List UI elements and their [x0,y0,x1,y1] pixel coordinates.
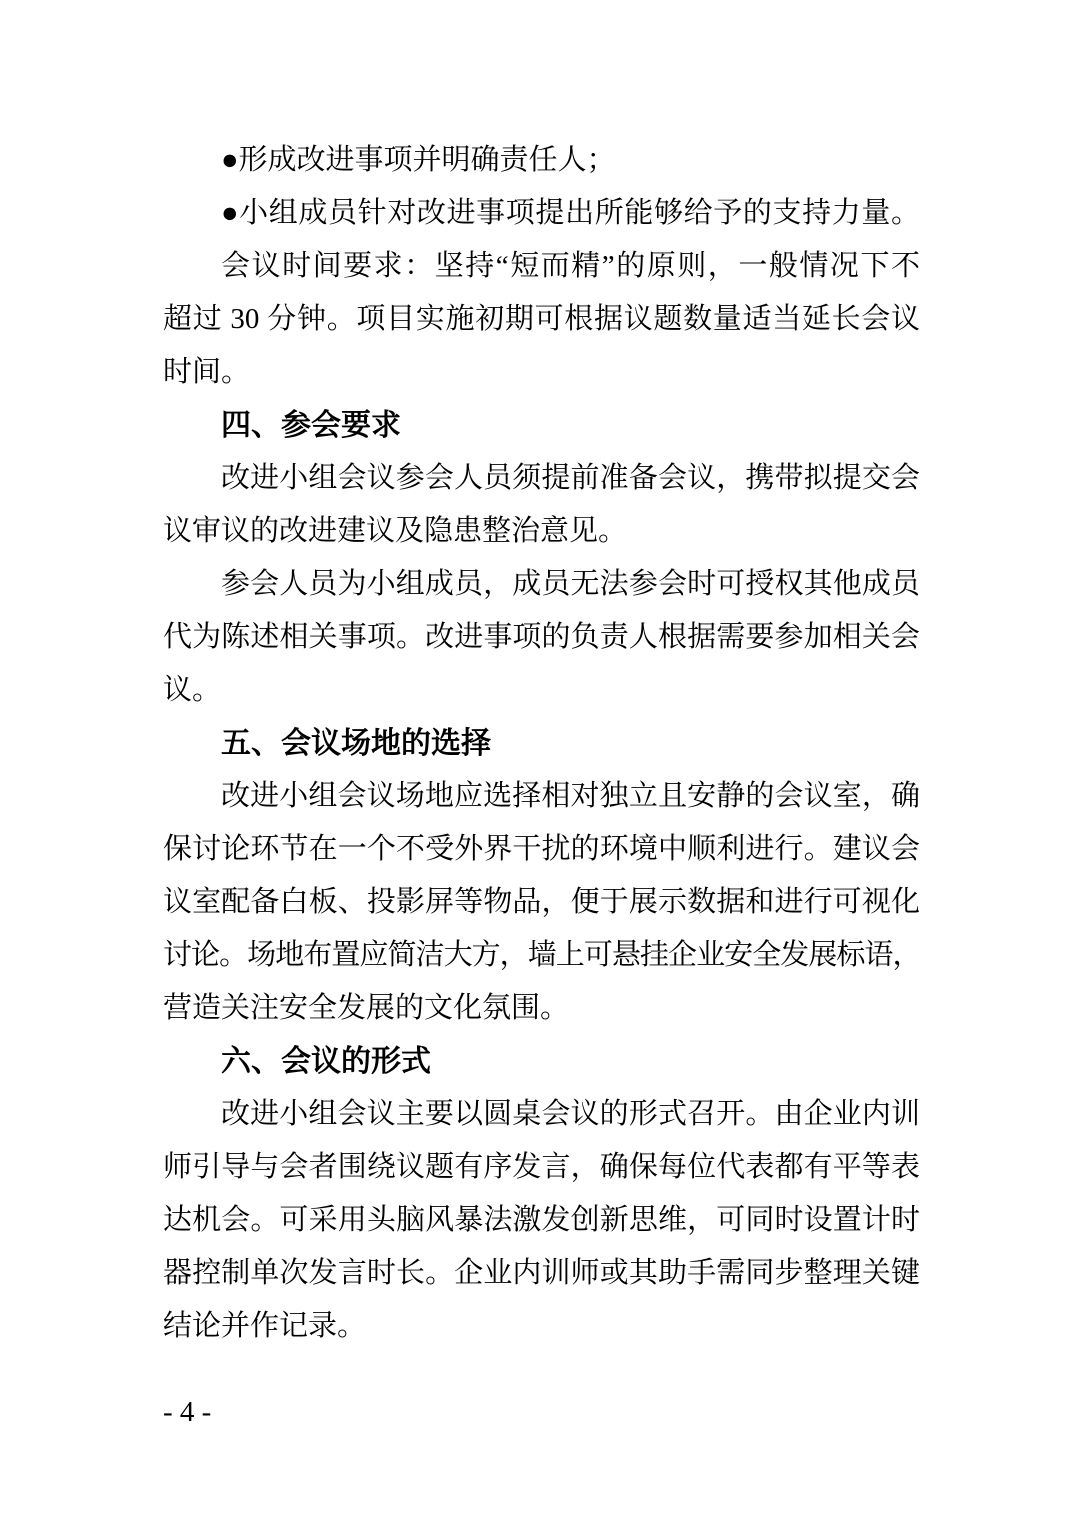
body-line: 参会人员为小组成员，成员无法参会时可授权其他成员 [163,558,920,611]
body-line: 代为陈述相关事项。改进事项的负责人根据需要参加相关会 [163,611,920,664]
body-line: 改进小组会议主要以圆桌会议的形式召开。由企业内训 [163,1088,920,1141]
document-page: ●形成改进事项并明确责任人； ●小组成员针对改进事项提出所能够给予的支持力量。 … [0,0,1074,1520]
body-line: 议。 [163,664,920,717]
body-line: 改进小组会议场地应选择相对独立且安静的会议室，确 [163,770,920,823]
page-number: - 4 - [163,1396,211,1429]
body-line: 改进小组会议参会人员须提前准备会议，携带拟提交会 [163,452,920,505]
section-heading-venue: 五、会议场地的选择 [163,717,920,770]
body-line: 会议时间要求：坚持“短而精”的原则，一般情况下不 [163,240,920,293]
section-heading-format: 六、会议的形式 [163,1035,920,1088]
body-line: 议审议的改进建议及隐患整治意见。 [163,505,920,558]
body-line: 师引导与会者围绕议题有序发言，确保每位代表都有平等表 [163,1141,920,1194]
body-line: 结论并作记录。 [163,1300,920,1353]
bullet-item: ●小组成员针对改进事项提出所能够给予的支持力量。 [163,187,920,240]
body-line: 保讨论环节在一个不受外界干扰的环境中顺利进行。建议会 [163,823,920,876]
body-line: 议室配备白板、投影屏等物品，便于展示数据和进行可视化 [163,876,920,929]
document-body: ●形成改进事项并明确责任人； ●小组成员针对改进事项提出所能够给予的支持力量。 … [163,134,920,1353]
body-line: 器控制单次发言时长。企业内训师或其助手需同步整理关键 [163,1247,920,1300]
body-line: 营造关注安全发展的文化氛围。 [163,982,920,1035]
body-line: 讨论。场地布置应简洁大方，墙上可悬挂企业安全发展标语， [163,929,920,982]
body-line: 达机会。可采用头脑风暴法激发创新思维，可同时设置计时 [163,1194,920,1247]
body-line: 时间。 [163,346,920,399]
bullet-item: ●形成改进事项并明确责任人； [163,134,920,187]
section-heading-participation: 四、参会要求 [163,399,920,452]
body-line: 超过 30 分钟。项目实施初期可根据议题数量适当延长会议 [163,293,920,346]
